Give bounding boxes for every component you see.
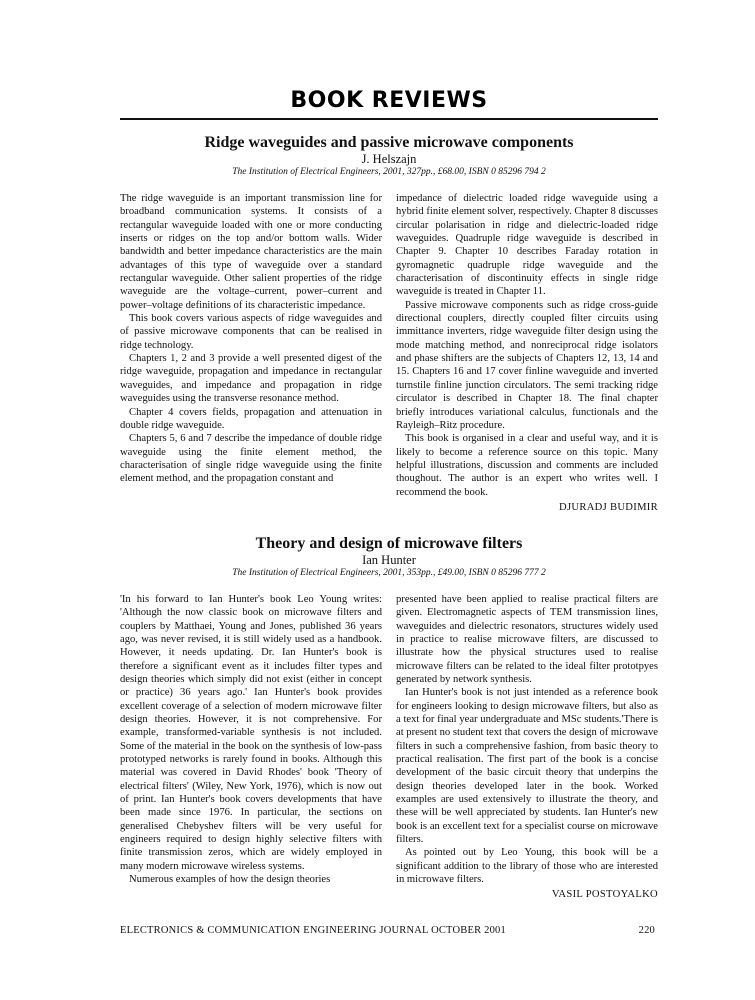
paragraph: Numerous examples of how the design theo…: [120, 873, 382, 886]
book-title: Ridge waveguides and passive microwave c…: [120, 134, 658, 152]
review-ridge-waveguides: Ridge waveguides and passive microwave c…: [120, 134, 658, 515]
page-number: 220: [639, 925, 655, 936]
page: BOOK REVIEWS Ridge waveguides and passiv…: [120, 88, 658, 902]
review-microwave-filters: Theory and design of microwave filters I…: [120, 535, 658, 903]
paragraph: Passive microwave components such as rid…: [396, 299, 658, 432]
right-column: presented have been applied to realise p…: [396, 593, 658, 903]
review-columns: 'In his forward to Ian Hunter's book Leo…: [120, 593, 658, 903]
paragraph: The ridge waveguide is an important tran…: [120, 192, 382, 312]
publication-info: The Institution of Electrical Engineers,…: [120, 166, 658, 178]
paragraph: This book is organised in a clear and us…: [396, 432, 658, 499]
journal-name: ELECTRONICS & COMMUNICATION ENGINEERING …: [120, 925, 506, 936]
publication-info: The Institution of Electrical Engineers,…: [120, 567, 658, 579]
paragraph: Chapters 1, 2 and 3 provide a well prese…: [120, 352, 382, 405]
paragraph: Ian Hunter's book is not just intended a…: [396, 686, 658, 846]
review-columns: The ridge waveguide is an important tran…: [120, 192, 658, 515]
book-author: J. Helszajn: [120, 152, 658, 166]
reviewer-name: VASIL POSTOYALKO: [396, 888, 658, 902]
reviewer-name: DJURADJ BUDIMIR: [396, 501, 658, 515]
paragraph: This book covers various aspects of ridg…: [120, 312, 382, 352]
paragraph: presented have been applied to realise p…: [396, 593, 658, 686]
book-title: Theory and design of microwave filters: [120, 535, 658, 553]
left-column: The ridge waveguide is an important tran…: [120, 192, 382, 515]
right-column: impedance of dielectric loaded ridge wav…: [396, 192, 658, 515]
paragraph: 'In his forward to Ian Hunter's book Leo…: [120, 593, 382, 873]
paragraph: impedance of dielectric loaded ridge wav…: [396, 192, 658, 299]
book-author: Ian Hunter: [120, 553, 658, 567]
paragraph: Chapter 4 covers fields, propagation and…: [120, 406, 382, 433]
page-footer: ELECTRONICS & COMMUNICATION ENGINEERING …: [120, 925, 655, 936]
paragraph: Chapters 5, 6 and 7 describe the impedan…: [120, 432, 382, 485]
header-rule: [120, 118, 658, 120]
left-column: 'In his forward to Ian Hunter's book Leo…: [120, 593, 382, 903]
paragraph: As pointed out by Leo Young, this book w…: [396, 846, 658, 886]
section-title: BOOK REVIEWS: [120, 88, 658, 114]
